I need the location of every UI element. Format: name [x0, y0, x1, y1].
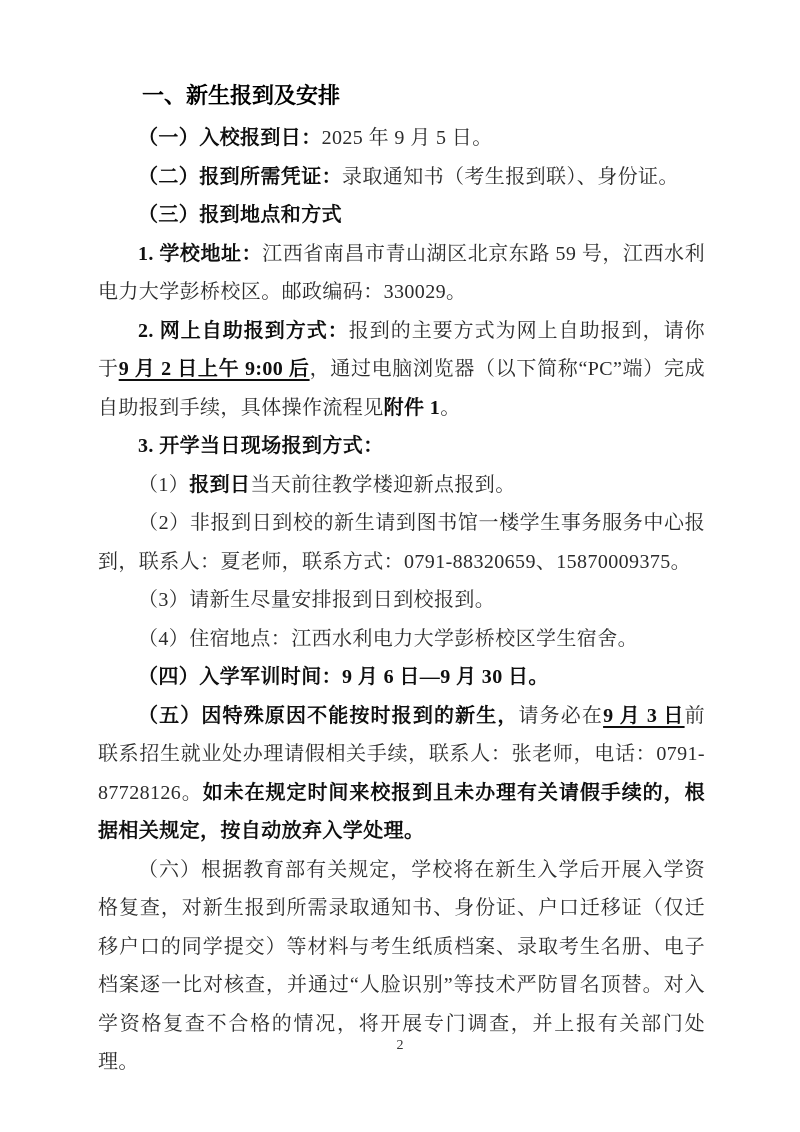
- document-page: 一、新生报到及安排 （一）入校报到日：2025 年 9 月 5 日。（二）报到所…: [0, 0, 800, 1132]
- text-run: 9 月 2 日上午 9:00 后: [119, 358, 310, 380]
- text-run: 。: [440, 397, 460, 419]
- text-run: （一）入校报到日：: [138, 127, 322, 149]
- section-heading: 一、新生报到及安排: [98, 82, 705, 110]
- text-run: （四）入学军训时间：9 月 6 日—9 月 30 日。: [138, 666, 549, 688]
- paragraph: （4）住宿地点：江西水利电力大学彭桥校区学生宿舍。: [98, 620, 705, 659]
- paragraph: 3. 开学当日现场报到方式：: [98, 427, 705, 466]
- text-run: 2. 网上自助报到方式：: [138, 320, 349, 342]
- paragraph: 1. 学校地址：江西省南昌市青山湖区北京东路 59 号，江西水利电力大学彭桥校区…: [98, 235, 705, 312]
- text-run: （1）: [138, 474, 189, 496]
- paragraph: （一）入校报到日：2025 年 9 月 5 日。: [98, 119, 705, 158]
- text-run: （2）非报到日到校的新生请到图书馆一楼学生事务服务中心报到，联系人：夏老师，联系…: [98, 512, 705, 573]
- text-run: （4）住宿地点：江西水利电力大学彭桥校区学生宿舍。: [138, 628, 638, 650]
- text-run: 1. 学校地址：: [138, 243, 262, 265]
- paragraph: （三）报到地点和方式: [98, 196, 705, 235]
- paragraph: 2. 网上自助报到方式：报到的主要方式为网上自助报到，请你于9 月 2 日上午 …: [98, 312, 705, 428]
- text-run: 9 月 3 日: [603, 705, 685, 727]
- text-run: 附件 1: [384, 397, 441, 419]
- text-run: 3. 开学当日现场报到方式：: [138, 435, 384, 457]
- text-run: 2025 年 9 月 5 日。: [322, 127, 493, 149]
- text-run: 报到日: [189, 474, 250, 496]
- paragraph: （2）非报到日到校的新生请到图书馆一楼学生事务服务中心报到，联系人：夏老师，联系…: [98, 504, 705, 581]
- paragraph: （二）报到所需凭证：录取通知书（考生报到联）、身份证。: [98, 158, 705, 197]
- document-body: （一）入校报到日：2025 年 9 月 5 日。（二）报到所需凭证：录取通知书（…: [98, 119, 705, 1082]
- text-run: （3）请新生尽量安排报到日到校报到。: [138, 589, 495, 611]
- text-run: （二）报到所需凭证：: [138, 166, 342, 188]
- paragraph: （五）因特殊原因不能按时报到的新生，请务必在9 月 3 日前联系招生就业处办理请…: [98, 697, 705, 851]
- text-run: （五）因特殊原因不能按时报到的新生，: [138, 705, 519, 727]
- document-content: 一、新生报到及安排 （一）入校报到日：2025 年 9 月 5 日。（二）报到所…: [0, 0, 800, 1082]
- text-run: 当天前往教学楼迎新点报到。: [250, 474, 515, 496]
- page-number: 2: [0, 1038, 800, 1054]
- text-run: 请务必在: [519, 705, 604, 727]
- text-run: 录取通知书（考生报到联）、身份证。: [342, 166, 679, 188]
- text-run: （三）报到地点和方式: [138, 204, 342, 226]
- paragraph: （四）入学军训时间：9 月 6 日—9 月 30 日。: [98, 658, 705, 697]
- paragraph: （1）报到日当天前往教学楼迎新点报到。: [98, 466, 705, 505]
- paragraph: （3）请新生尽量安排报到日到校报到。: [98, 581, 705, 620]
